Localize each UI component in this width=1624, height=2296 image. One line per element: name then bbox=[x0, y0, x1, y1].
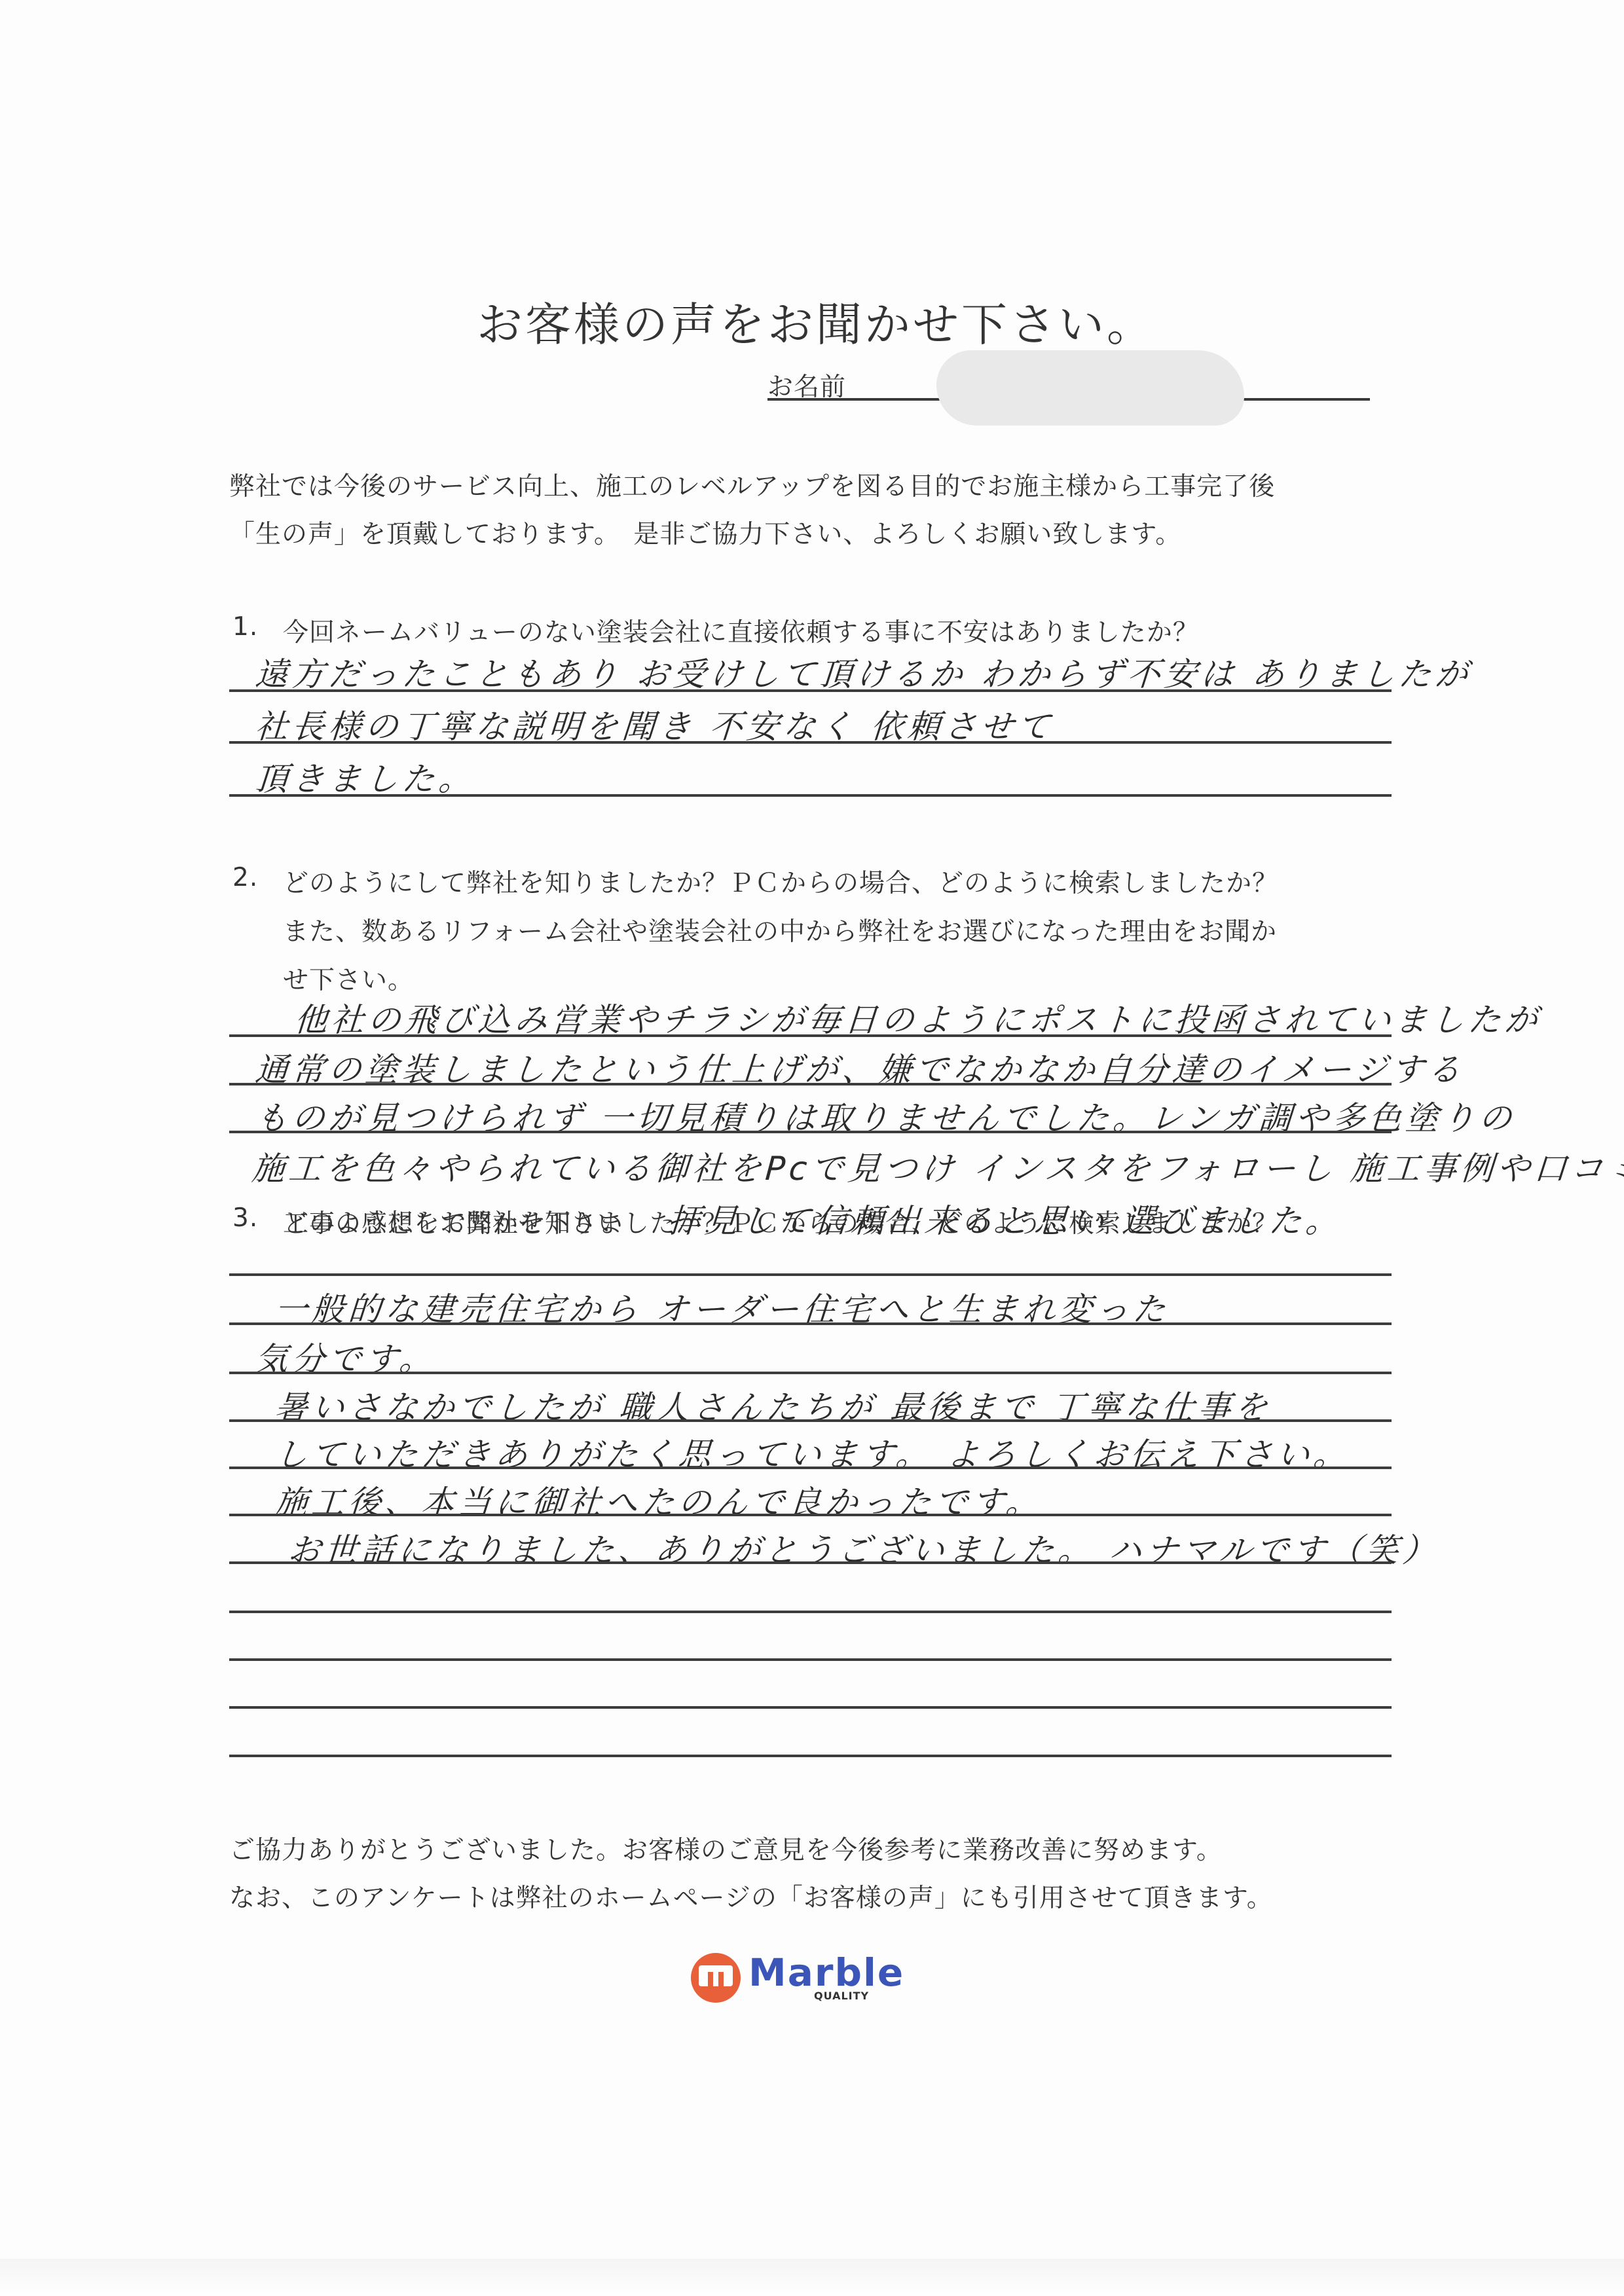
answer-rule bbox=[229, 1322, 1392, 1325]
answer-rule bbox=[229, 1706, 1392, 1709]
question-3-prompt-text: 工事の感想をお聞かせ下さい bbox=[283, 1203, 623, 1240]
question-1-number: 1. bbox=[232, 612, 258, 642]
answer-2-line-4: 施工を色々やられている御社をPcで見つけ インスタをフォローし 施工事例や口コミ… bbox=[250, 1142, 1624, 1190]
footer-line-1: ご協力ありがとうございました。お客様のご意見を今後参考に業務改善に努めます。 bbox=[229, 1830, 1223, 1867]
intro-line-2: 「生の声」を頂戴しております。 是非ご協力下さい、よろしくお願い致します。 bbox=[229, 514, 1181, 551]
answer-2-line-5: 拝見して信頼出来ると思い 選びました。 bbox=[666, 1195, 1344, 1242]
answer-rule bbox=[229, 1561, 1392, 1564]
logo-tagline: QUALITY bbox=[814, 1990, 869, 2002]
answer-rule bbox=[229, 1419, 1392, 1422]
answer-rule bbox=[229, 689, 1392, 692]
answer-rule bbox=[229, 794, 1392, 797]
answer-rule bbox=[229, 1611, 1392, 1613]
question-2-prompt-line-2: また、数あるリフォーム会社や塗装会社の中から弊社をお選びになった理由をお聞か bbox=[283, 911, 1277, 948]
scan-edge-shadow bbox=[0, 2259, 1624, 2296]
logo-wordmark: Marble bbox=[748, 1950, 904, 1995]
answer-1-line-3: 頂きました。 bbox=[253, 753, 477, 800]
answer-rule bbox=[229, 1658, 1392, 1661]
answer-rule bbox=[229, 1755, 1392, 1757]
question-2-prompt-line-1: どのようにして弊社を知りましたか？ＰＣからの場合、どのように検索しましたか？ bbox=[283, 863, 1278, 900]
answer-rule bbox=[229, 1034, 1392, 1037]
answer-rule bbox=[229, 1514, 1392, 1516]
question-2-number: 2. bbox=[232, 863, 258, 892]
answer-3-line-6: お世話になりました、ありがとうございました。 ハナマルです（笑） bbox=[286, 1524, 1441, 1571]
question-1-prompt: 今回ネームバリューのない塗装会社に直接依頼する事に不安はありましたか？ bbox=[283, 612, 1199, 649]
question-3-number: 3. bbox=[232, 1203, 258, 1233]
answer-rule bbox=[229, 1131, 1392, 1133]
answer-rule bbox=[229, 1083, 1392, 1085]
logo-m-glyph-icon bbox=[699, 1965, 733, 1986]
intro-line-1: 弊社では今後のサービス向上、施工のレベルアップを図る目的でお施主様から工事完了後 bbox=[229, 466, 1275, 503]
redacted-name-field bbox=[936, 350, 1244, 426]
answer-1-line-1: 遠方だったこともあり お受けして頂けるか わからず不安は ありましたが bbox=[253, 648, 1473, 695]
answer-rule bbox=[229, 1467, 1392, 1469]
page-title: お客様の声をお聞かせ下さい。 bbox=[477, 288, 1155, 354]
footer-line-2: なお、このアンケートは弊社のホームページの「お客様の声」にも引用させて頂きます。 bbox=[229, 1878, 1273, 1914]
answer-rule bbox=[229, 1372, 1392, 1374]
question-2-prompt-line-3: せ下さい。 bbox=[283, 960, 414, 996]
answer-3-line-5: 施工後、本当に御社へたのんで良かったです。 bbox=[273, 1476, 1044, 1523]
answer-rule bbox=[229, 741, 1392, 744]
marble-logo: Marble QUALITY bbox=[691, 1948, 940, 2003]
answer-rule bbox=[229, 1273, 1392, 1276]
